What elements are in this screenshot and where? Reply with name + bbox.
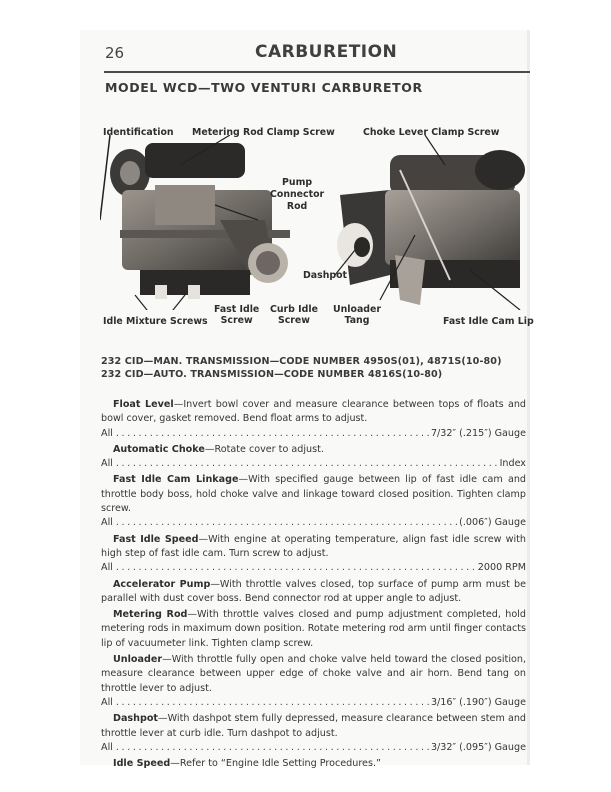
label-unloader-tang: Unloader Tang (333, 304, 381, 326)
adjustment-procedures: Float Level—Invert bowl cover and measur… (101, 398, 526, 771)
carburetor-front-photo (100, 135, 315, 310)
code-line-auto: 232 CID—AUTO. TRANSMISSION—CODE NUMBER 4… (101, 368, 502, 381)
adjustment-fast-idle-cam-linkage: Fast Idle Cam Linkage—With specified gau… (101, 473, 526, 516)
spec-unloader: All.....................................… (101, 696, 526, 710)
label-fast-idle-cam-lip: Fast Idle Cam Lip (443, 316, 534, 327)
carburetor-side-photo (330, 135, 530, 310)
code-line-manual: 232 CID—MAN. TRANSMISSION—CODE NUMBER 49… (101, 355, 502, 368)
adjustment-dashpot: Dashpot—With dashpot stem fully depresse… (101, 712, 526, 741)
page-subtitle: MODEL WCD—TWO VENTURI CARBURETOR (105, 80, 423, 95)
label-dashpot: Dashpot (303, 270, 347, 281)
label-idle-mixture-screws: Idle Mixture Screws (103, 316, 208, 327)
spec-automatic-choke: All.....................................… (101, 457, 526, 471)
section-title: CARBURETION (255, 42, 397, 62)
label-fast-idle-screw: Fast Idle Screw (214, 304, 259, 326)
label-pump-connector-rod: Pump Connector Rod (270, 177, 324, 213)
label-metering-rod-clamp-screw: Metering Rod Clamp Screw (192, 127, 335, 138)
label-curb-idle-screw: Curb Idle Screw (270, 304, 318, 326)
spec-fast-idle-cam-linkage: All.....................................… (101, 516, 526, 530)
header-rule (104, 71, 530, 73)
label-choke-lever-clamp-screw: Choke Lever Clamp Screw (363, 127, 499, 138)
adjustment-metering-rod: Metering Rod—With throttle valves closed… (101, 608, 526, 651)
adjustment-automatic-choke: Automatic Choke—Rotate cover to adjust. (101, 443, 526, 457)
adjustment-float-level: Float Level—Invert bowl cover and measur… (101, 398, 526, 427)
code-numbers: 232 CID—MAN. TRANSMISSION—CODE NUMBER 49… (101, 355, 502, 381)
adjustment-idle-speed: Idle Speed—Refer to “Engine Idle Setting… (101, 757, 526, 771)
spec-fast-idle-speed: All.....................................… (101, 561, 526, 575)
label-identification: Identification (103, 127, 174, 138)
spec-dashpot: All.....................................… (101, 741, 526, 755)
adjustment-accelerator-pump: Accelerator Pump—With throttle valves cl… (101, 578, 526, 607)
adjustment-unloader: Unloader—With throttle fully open and ch… (101, 653, 526, 696)
spec-float-level: All.....................................… (101, 427, 526, 441)
page-number: 26 (105, 44, 124, 62)
carburetor-figure: Identification Metering Rod Clamp Screw … (100, 125, 530, 330)
adjustment-fast-idle-speed: Fast Idle Speed—With engine at operating… (101, 533, 526, 562)
